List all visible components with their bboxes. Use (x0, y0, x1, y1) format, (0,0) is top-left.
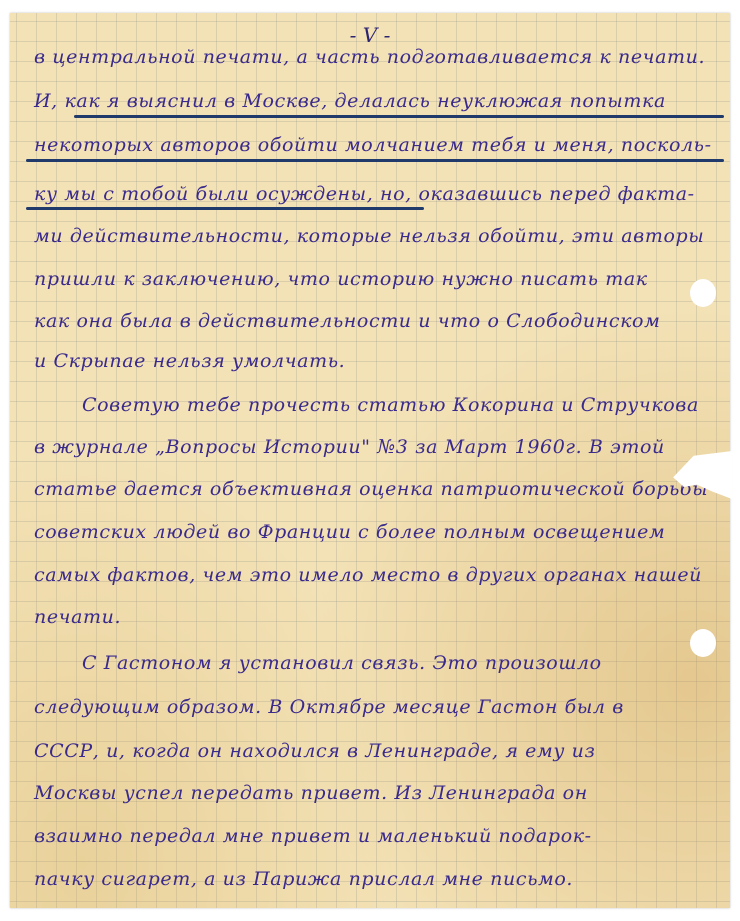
punch-hole-bottom (690, 629, 716, 657)
text-line-6: пришли к заключению, что историю нужно п… (34, 268, 716, 290)
underline-2 (26, 159, 724, 162)
text-line-17: СССР, и, когда он находился в Ленинграде… (34, 740, 716, 762)
page-number: - V - (10, 23, 730, 47)
text-line-3: некоторых авторов обойти молчанием тебя … (34, 134, 716, 156)
text-line-5: ми действительности, которые нельзя обой… (34, 225, 716, 247)
punch-hole-top (690, 279, 716, 307)
text-line-12: советских людей во Франции с более полны… (34, 521, 716, 543)
text-line-7: как она была в действительности и что о … (34, 310, 716, 332)
text-line-4: ку мы с тобой были осуждены, но, оказавш… (34, 183, 716, 205)
text-line-10: в журнале „Вопросы Истории" №3 за Март 1… (34, 436, 716, 458)
text-line-20: пачку сигарет, а из Парижа прислал мне п… (34, 868, 716, 890)
text-line-14: печати. (34, 606, 716, 628)
text-line-13: самых фактов, чем это имело место в друг… (34, 564, 716, 586)
text-line-18: Москвы успел передать привет. Из Ленингр… (34, 782, 716, 804)
text-line-2: И, как я выяснил в Москве, делалась неук… (34, 90, 716, 112)
text-line-16: следующим образом. В Октябре месяце Гаст… (34, 696, 716, 718)
text-line-8: и Скрыпае нельзя умолчать. (34, 350, 716, 372)
text-line-15: С Гастоном я установил связь. Это произо… (34, 652, 716, 674)
text-line-9: Советую тебе прочесть статью Кокорина и … (34, 394, 716, 416)
text-line-19: взаимно передал мне привет и маленький п… (34, 825, 716, 847)
underline-3 (26, 207, 424, 210)
letter-page: - V - в центральной печати, а часть подг… (10, 13, 730, 908)
underline-1 (74, 115, 724, 118)
text-line-1: в центральной печати, а часть подготавли… (34, 46, 716, 68)
text-line-11: статье дается объективная оценка патриот… (34, 478, 716, 500)
